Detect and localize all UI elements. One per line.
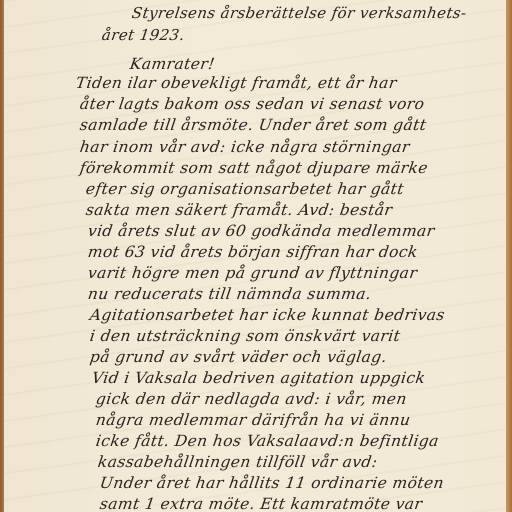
text-line: samt 1 extra möte. Ett kamratmöte var [99, 495, 424, 512]
text-line: samlade till årsmöte. Under året som gåt… [79, 116, 428, 134]
text-line: nu reducerats till nämnda summa. [87, 285, 373, 303]
document-page: Styrelsens årsberättelse för verksamhets… [4, 0, 506, 512]
text-line: förekommit som satt något djupare märke [79, 159, 429, 177]
text-line: på grund av svårt väder och väglag. [89, 348, 389, 366]
text-line: kassabehållningen tillföll vår avd: [97, 453, 379, 471]
text-line: åter lagts bakom oss sedan vi senast vor… [79, 95, 426, 113]
text-line: varit högre men på grund av flyttningar [87, 264, 419, 282]
text-line: vid årets slut av 60 godkända medlemmar [87, 222, 436, 240]
text-line: gick den där nedlagda avd: i vår, men [95, 390, 408, 408]
text-line: Tiden ilar obevekligt framåt, ett år har [75, 74, 398, 92]
text-line: sakta men säkert framåt. Avd: består [85, 201, 394, 219]
text-line: har inom vår avd: icke några störningar [79, 138, 411, 156]
text-line: i den utsträckning som önskvärt varit [89, 327, 402, 345]
page-edge-right [506, 0, 512, 512]
text-line: efter sig organisationsarbetet har gått [85, 180, 406, 198]
text-line: Vid i Vaksala bedriven agitation uppgick [91, 369, 427, 387]
text-line: Under året har hållits 11 ordinarie möte… [99, 474, 446, 492]
title-line-1: Styrelsens årsberättelse för verksamhets… [131, 4, 468, 22]
text-line: några medlemmar därifrån ha vi ännu [95, 411, 412, 429]
text-line: icke fått. Den hos Vaksalaavd:n befintli… [95, 432, 440, 450]
text-line: Agitationsarbetet har icke kunnat bedriv… [89, 306, 446, 324]
page-edge-left [0, 0, 4, 512]
salutation: Kamrater! [129, 55, 216, 73]
text-line: mot 63 vid årets början siffran har dock [87, 243, 419, 261]
title-line-2: året 1923. [101, 26, 186, 44]
